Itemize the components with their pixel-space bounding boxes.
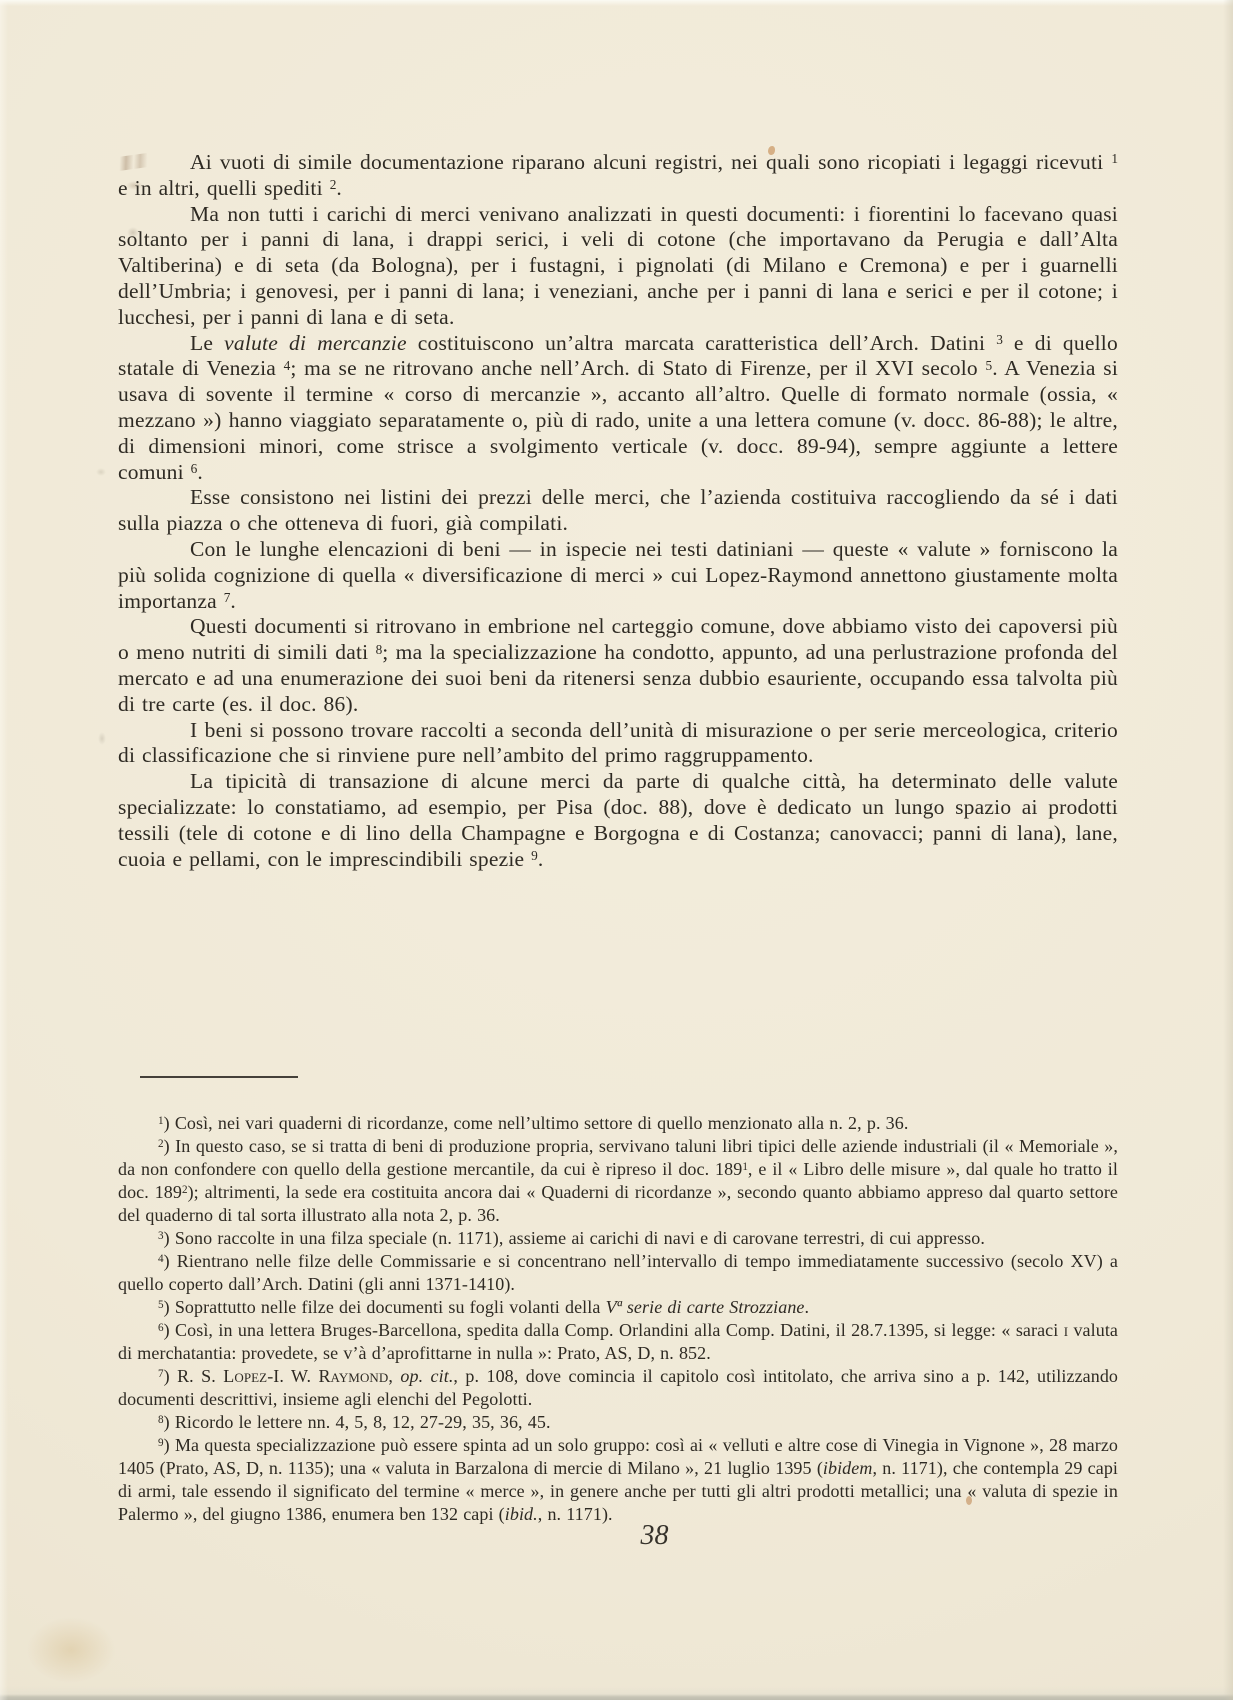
text-segment: Con le lunghe elencazioni di beni — in i…: [118, 537, 1118, 613]
margin-smudge: [98, 732, 106, 745]
text-segment: ; ma se ne ritrovano anche nell’Arch. di…: [290, 356, 985, 380]
footnote-marker-number: 6: [158, 1322, 164, 1334]
footnote-marker-number: 8: [158, 1414, 164, 1426]
footnote-reference: 1: [1111, 151, 1118, 166]
body-paragraph: Le valute di mercanzie costituiscono un’…: [118, 331, 1118, 486]
text-segment: op. cit.: [400, 1366, 453, 1386]
footnote-marker: 5): [158, 1297, 170, 1317]
footnote-reference: 8: [376, 642, 383, 657]
footnote-item: 4) Rientrano nelle filze delle Commissar…: [118, 1250, 1118, 1296]
text-segment: .: [538, 847, 544, 871]
body-paragraph: Ma non tutti i carichi di merci venivano…: [118, 202, 1118, 331]
footnote-marker-number: 7: [158, 1368, 164, 1380]
footnote-marker: 2): [158, 1136, 170, 1156]
footnote-marker-number: 5: [158, 1299, 164, 1311]
text-segment: Soprattutto nelle filze dei documenti su…: [175, 1297, 606, 1317]
footnote-separator-rule: [140, 1076, 298, 1078]
body-text: Ai vuoti di simile documentazione ripara…: [118, 150, 1118, 872]
footnote-marker: 7): [158, 1366, 170, 1386]
body-paragraph: Esse consistono nei listini dei prezzi d…: [118, 485, 1118, 537]
footnote-marker-number: 9: [158, 1437, 164, 1449]
text-segment: Ai vuoti di simile documentazione ripara…: [190, 150, 1111, 174]
footnote-reference: 1: [742, 1161, 748, 1173]
text-segment: .: [805, 1297, 810, 1317]
scan-edge-top: [0, 0, 1233, 6]
footnote-reference: 3: [996, 332, 1003, 347]
footnote-marker-number: 4: [158, 1253, 164, 1265]
text-segment: Esse consistono nei listini dei prezzi d…: [118, 485, 1118, 535]
scan-edge-right: [1223, 0, 1233, 1700]
text-segment: Così, nei vari quaderni di ricordanze, c…: [175, 1113, 909, 1133]
footnote-marker: 4): [158, 1251, 170, 1271]
scan-edge-bottom: [0, 1686, 1233, 1700]
footnote-reference: 2: [330, 177, 337, 192]
text-segment: valute di mercanzie: [224, 331, 407, 355]
footnote-marker: 3): [158, 1228, 170, 1248]
footnote-item: 8) Ricordo le lettere nn. 4, 5, 8, 12, 2…: [118, 1411, 1118, 1434]
text-segment: I beni si possono trovare raccolti a sec…: [118, 718, 1118, 768]
text-segment: Sono raccolte in una filza speciale (n. …: [175, 1228, 985, 1248]
text-segment: Ricordo le lettere nn. 4, 5, 8, 12, 27-2…: [175, 1412, 551, 1432]
footnote-reference: 5: [986, 358, 993, 373]
text-segment: .: [197, 460, 203, 484]
footnote-reference: 4: [284, 358, 291, 373]
text-segment: Le: [190, 331, 224, 355]
body-paragraph: I beni si possono trovare raccolti a sec…: [118, 718, 1118, 770]
text-segment: ibidem: [823, 1458, 873, 1478]
footnote-item: 1) Così, nei vari quaderni di ricordanze…: [118, 1112, 1118, 1135]
footnote-marker: 6): [158, 1320, 170, 1340]
footnote-marker: 9): [158, 1435, 170, 1455]
text-segment: e in altri, quelli spediti: [118, 176, 330, 200]
text-segment: Così, in una lettera Bruges-Barcellona, …: [175, 1320, 1064, 1340]
body-paragraph: Con le lunghe elencazioni di beni — in i…: [118, 537, 1118, 614]
margin-smudge: [96, 468, 106, 476]
text-segment: R. S. Lopez-I. W. Raymond: [177, 1366, 388, 1386]
footnote-reference: 6: [191, 461, 198, 476]
page-number: 38: [38, 1520, 1233, 1552]
text-segment: ,: [388, 1366, 400, 1386]
footnote-marker: 8): [158, 1412, 170, 1432]
footnote-item: 9) Ma questa specializzazione può essere…: [118, 1434, 1118, 1526]
scan-edge-left: [0, 0, 8, 1700]
body-paragraph: La tipicità di transazione di alcune mer…: [118, 769, 1118, 872]
footnote-reference: 9: [531, 848, 538, 863]
text-segment: costituiscono un’altra marcata caratteri…: [407, 331, 996, 355]
footnote-item: 3) Sono raccolte in una filza speciale (…: [118, 1227, 1118, 1250]
body-paragraph: Questi documenti si ritrovano in embrion…: [118, 614, 1118, 717]
text-segment: .: [230, 589, 236, 613]
text-segment: La tipicità di transazione di alcune mer…: [118, 769, 1118, 870]
footnote-marker: 1): [158, 1113, 170, 1133]
footnote-reference: 7: [224, 590, 231, 605]
footnote-item: 6) Così, in una lettera Bruges-Barcellon…: [118, 1319, 1118, 1365]
footnote-reference: 2: [182, 1184, 188, 1196]
footnote-marker-number: 1: [158, 1115, 164, 1127]
footnote-marker-number: 3: [158, 1230, 164, 1242]
book-page: Ai vuoti di simile documentazione ripara…: [0, 0, 1233, 1700]
body-paragraph: Ai vuoti di simile documentazione ripara…: [118, 150, 1118, 202]
text-segment: Vª serie di carte Strozziane: [606, 1297, 805, 1317]
footnote-item: 5) Soprattutto nelle filze dei documenti…: [118, 1296, 1118, 1319]
text-segment: Ma non tutti i carichi di merci venivano…: [118, 202, 1118, 329]
footnote-item: 2) In questo caso, se si tratta di beni …: [118, 1135, 1118, 1227]
footnotes-section: 1) Così, nei vari quaderni di ricordanze…: [118, 1112, 1118, 1526]
paper-stain: [12, 1606, 130, 1694]
footnote-item: 7) R. S. Lopez-I. W. Raymond, op. cit., …: [118, 1365, 1118, 1411]
text-segment: .: [336, 176, 342, 200]
footnote-marker-number: 2: [158, 1138, 164, 1150]
text-segment: Rientrano nelle filze delle Commissarie …: [118, 1251, 1118, 1294]
text-segment: ); altrimenti, la sede era costituita an…: [118, 1182, 1118, 1225]
